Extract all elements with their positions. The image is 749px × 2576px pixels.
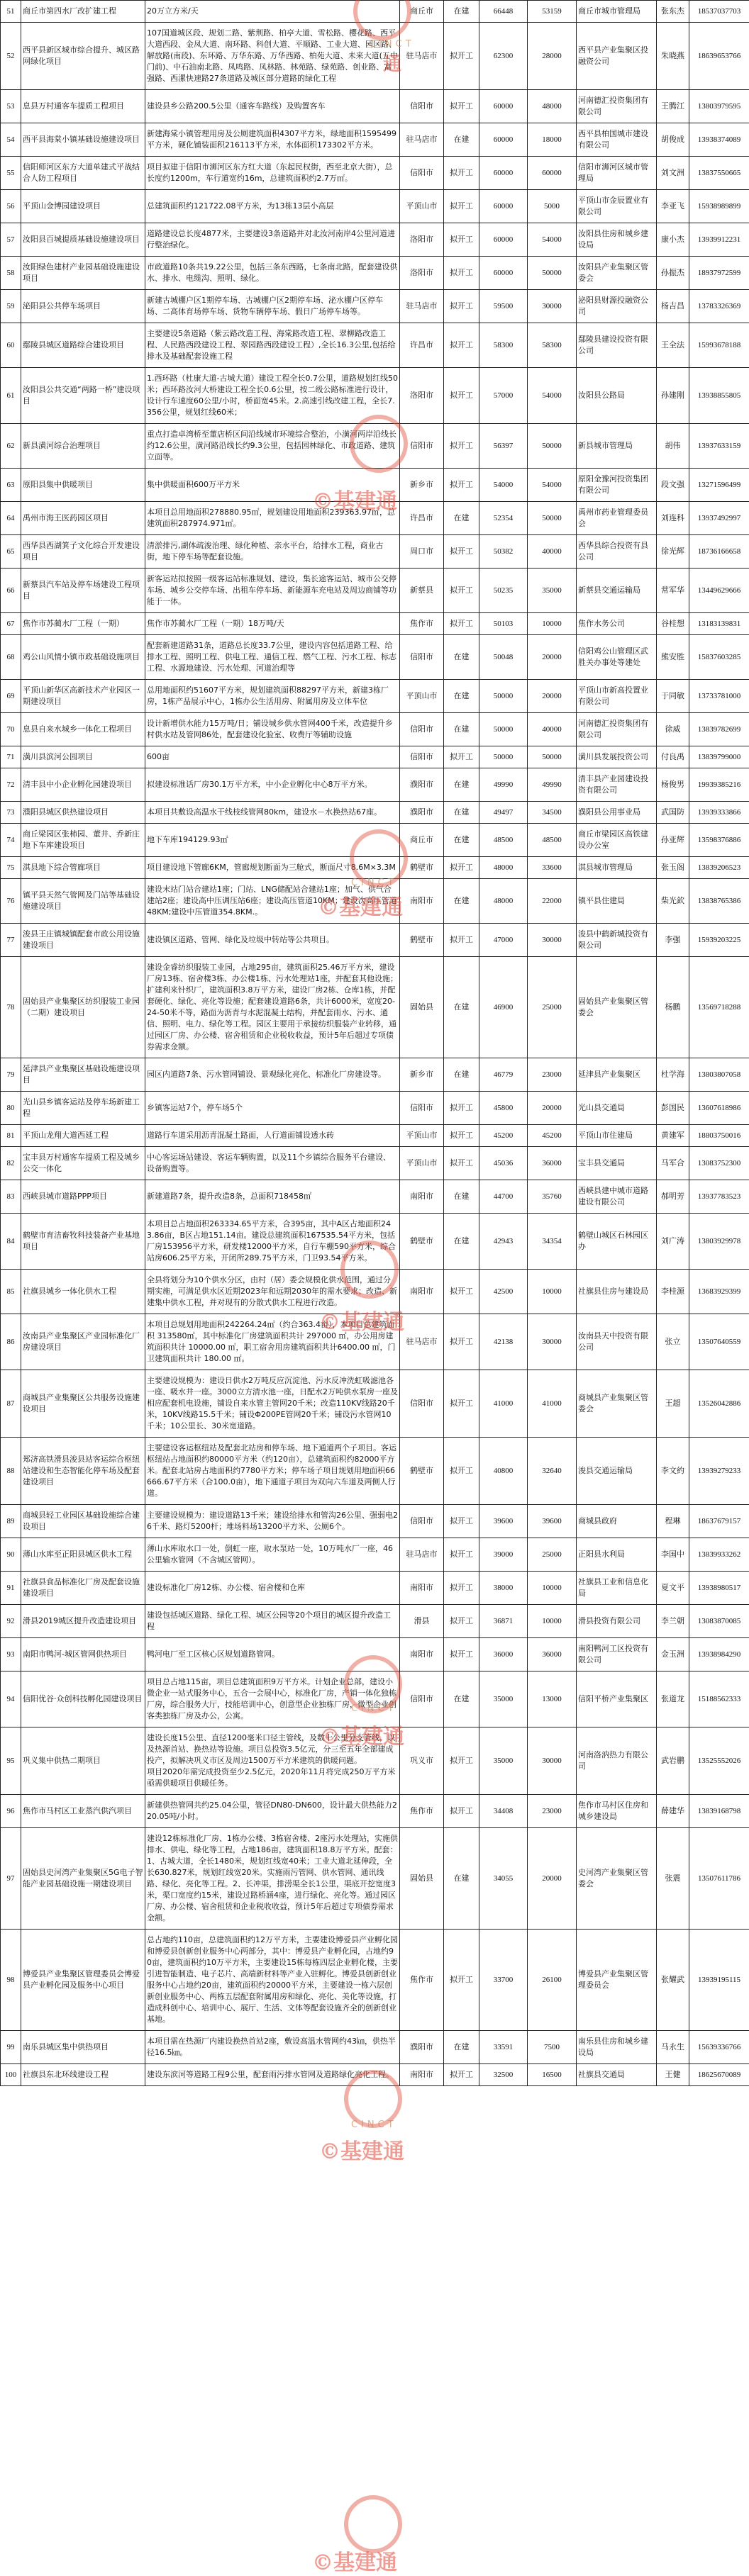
total-investment: 57000: [479, 368, 528, 424]
contact-phone: 13939195115: [689, 1930, 749, 2031]
project-owner: 濮阳县公用事业局: [577, 802, 657, 824]
total-investment: 40800: [479, 1438, 528, 1505]
planned-investment: 41000: [528, 1370, 577, 1438]
project-content: 清淤排污,湖体疏浚治理、绿化种植、亲水平台，给排水工程，商业古街，地下停车场等配…: [145, 535, 400, 569]
planned-investment: 60000: [528, 157, 577, 190]
project-name: 西华县西湖箕子文化综合开发建设项目: [21, 535, 145, 569]
project-status: 拟开工: [444, 1572, 479, 1605]
total-investment: 48000: [479, 857, 528, 879]
project-city: 焦作市: [400, 1930, 444, 2031]
project-owner: 滑县投资有限公司: [577, 1605, 657, 1638]
project-content: 主要建设规模为：建设日供水2万吨反应沉淀池、污水反冲洗虹吸滤池各一座、吸水井一座…: [145, 1370, 400, 1438]
project-owner: 淇县城市管理局: [577, 857, 657, 879]
total-investment: 32500: [479, 2064, 528, 2086]
contact-person: 夏文平: [657, 1572, 689, 1605]
project-content: 建设金睿纺织服装工业园，占地295亩，建筑面积25.46万平方米，建设厂房13栋…: [145, 957, 400, 1058]
project-content: 主要建设客运枢纽站及配套北站房和停车场、地下通道两个子项目。客运枢纽站占地面积约…: [145, 1438, 400, 1505]
project-city: 焦作市: [400, 613, 444, 635]
planned-investment: 40000: [528, 713, 577, 746]
planned-investment: 10000: [528, 1572, 577, 1605]
project-owner: 博爱县产业集聚区管理委员会: [577, 1930, 657, 2031]
project-city: 新乡市: [400, 469, 444, 502]
project-city: 濮阳市: [400, 2031, 444, 2064]
contact-person: 李桂源: [657, 1270, 689, 1314]
project-city: 信阳市: [400, 1092, 444, 1125]
project-city: 新蔡县: [400, 569, 444, 613]
project-content: 焦作市苏蔺水厂工程（一期）18万吨/天: [145, 613, 400, 635]
project-city: 信阳市: [400, 90, 444, 123]
project-city: 驻马店市: [400, 290, 444, 323]
project-city: 信阳市: [400, 635, 444, 680]
project-city: 商丘市: [400, 824, 444, 857]
table-row: 56平顶山金博园建设项目总建筑面积约121722.08平方米，为13栋13层小高…: [1, 190, 749, 223]
project-owner: 平顶山市金辰置业有限公司: [577, 190, 657, 223]
project-content: 1.西环路（杜康大道-古城大道）建设工程全长0.7公里，道路规划红线50米；西环…: [145, 368, 400, 424]
project-owner: 宝丰县交通局: [577, 1147, 657, 1180]
planned-investment: 36000: [528, 1147, 577, 1180]
row-number: 77: [1, 924, 21, 957]
contact-person: 张东杰: [657, 1, 689, 23]
project-city: 驻马店市: [400, 1538, 444, 1572]
table-row: 90薄山水库至正阳县城区供水工程薄山水库取水口一处，倒虹一座，取水泵站一处，10…: [1, 1538, 749, 1572]
project-owner: 汝阳县住房和城乡建设局: [577, 223, 657, 257]
project-city: 信阳市: [400, 746, 444, 768]
contact-phone: 13839168798: [689, 1795, 749, 1828]
project-content: 主要建设规模为：建设道路13千米；建设给排水和管沟26公里、强弱电26千米、路灯…: [145, 1505, 400, 1538]
project-content: 本项目总规划用地面积242264.24㎡（约合363.4亩），本项目总建筑面积 …: [145, 1314, 400, 1370]
contact-phone: 18803750016: [689, 1125, 749, 1147]
project-city: 平顶山市: [400, 1125, 444, 1147]
project-owner: 河南德汇投资集团有限公司: [577, 713, 657, 746]
project-owner: 汝阳县产业集聚区管委会: [577, 257, 657, 290]
project-owner: 汝南县天中投资有限公司: [577, 1314, 657, 1370]
project-name: 信阳优谷·众创科技孵化园建设项目: [21, 1671, 145, 1727]
contact-person: 杨俊男: [657, 768, 689, 802]
project-status: 拟开工: [444, 1505, 479, 1538]
project-content: 本项目需在热源厂内建设换热首站2座，敷设高温水管网约43㎞，供热半径16.5㎞。: [145, 2031, 400, 2064]
total-investment: 49497: [479, 802, 528, 824]
project-owner: 信阳平桥产业集聚区: [577, 1671, 657, 1727]
total-investment: 54000: [479, 469, 528, 502]
project-status: 在建: [444, 123, 479, 157]
project-name: 巩义集中供热二期项目: [21, 1727, 145, 1795]
project-owner: 汝阳县公路局: [577, 368, 657, 424]
project-name: 濮阳县城区供热建设项目: [21, 802, 145, 824]
planned-investment: 18000: [528, 123, 577, 157]
project-status: 拟开工: [444, 1438, 479, 1505]
project-owner: 河南德汇投资集团有限公司: [577, 90, 657, 123]
total-investment: 42138: [479, 1314, 528, 1370]
project-status: 拟开工: [444, 368, 479, 424]
contact-person: 于同敏: [657, 680, 689, 713]
total-investment: 39600: [479, 1505, 528, 1538]
project-city: 滑县: [400, 1605, 444, 1638]
total-investment: 44700: [479, 1180, 528, 1214]
contact-phone: 13083752300: [689, 1147, 749, 1180]
row-number: 97: [1, 1828, 21, 1930]
project-city: 南阳市: [400, 1572, 444, 1605]
project-content: 建设末站门站合建站1座；门站、LNG储配站合建站1座；加气、供气合建站2座；建设…: [145, 879, 400, 924]
project-owner: 商城县政府: [577, 1505, 657, 1538]
contact-phone: 13939279233: [689, 1438, 749, 1505]
contact-person: 段文强: [657, 469, 689, 502]
row-number: 82: [1, 1147, 21, 1180]
table-row: 57汝阳县百城提质基础设施建设项目道路建设总长度4877米，主要建设3条道路并对…: [1, 223, 749, 257]
project-name: 西平县海棠小镇基础设施建设项目: [21, 123, 145, 157]
planned-investment: 25000: [528, 1538, 577, 1572]
row-number: 65: [1, 535, 21, 569]
project-city: 驻马店市: [400, 1314, 444, 1370]
planned-investment: 10000: [528, 1270, 577, 1314]
project-name: 禹州市海王医药园区项目: [21, 502, 145, 535]
total-investment: 60000: [479, 90, 528, 123]
project-status: 拟开工: [444, 323, 479, 368]
table-row: 87商城县产业集聚区公共服务设施建设项目主要建设规模为：建设日供水2万吨反应沉淀…: [1, 1370, 749, 1438]
project-content: 建设长度15公里、直径1200毫米口径主管线，及数十公里分支管线，以及热源首站、…: [145, 1727, 400, 1795]
planned-investment: 13000: [528, 1671, 577, 1727]
table-row: 89商城县轻工业园区基础设施综合建设项目主要建设规模为：建设道路13千米；建设给…: [1, 1505, 749, 1538]
table-row: 88郑济高铁滑县浚县站客运综合枢纽站建设和生态智能化停车场及配套建设项目主要建设…: [1, 1438, 749, 1505]
row-number: 62: [1, 424, 21, 469]
planned-investment: 34354: [528, 1214, 577, 1270]
planned-investment: 54000: [528, 223, 577, 257]
project-owner: 新蔡县交通运输局: [577, 569, 657, 613]
contact-person: 孙振杰: [657, 257, 689, 290]
contact-person: 李国中: [657, 1538, 689, 1572]
total-investment: 50000: [479, 713, 528, 746]
contact-phone: 13938374089: [689, 123, 749, 157]
total-investment: 33591: [479, 2031, 528, 2064]
project-city: 洛阳市: [400, 223, 444, 257]
total-investment: 42500: [479, 1270, 528, 1314]
project-city: 信阳市: [400, 713, 444, 746]
project-status: 在建: [444, 824, 479, 857]
table-row: 64禹州市海王医药园区项目本项目总用地面积278880.95㎡，规划建设用地面积…: [1, 502, 749, 535]
project-name: 固始县产业集聚区纺织服装工业园（二期）建设项目: [21, 957, 145, 1058]
contact-person: 李兰朝: [657, 1605, 689, 1638]
project-owner: 鹤壁山城区石林园区办: [577, 1214, 657, 1270]
project-content: 项目总占地115亩，项目总建筑面积9万平方米。计划企业总部，建设小微企业一站式服…: [145, 1671, 400, 1727]
project-list-document: 51商丘市第四水厂改扩建工程20万立方米/天商丘市在建6644853159商丘市…: [0, 0, 749, 2086]
total-investment: 50000: [479, 680, 528, 713]
project-content: 建设包括城区道路、绿化工程、城区公园等20个项目的城区提升改造工程: [145, 1605, 400, 1638]
planned-investment: 58300: [528, 323, 577, 368]
total-investment: 66448: [479, 1, 528, 23]
project-status: 拟开工: [444, 1147, 479, 1180]
table-row: 93南阳市鸭河-城区管网供热项目鸭河电厂至工区核心区规划道路管网。南阳市拟开工3…: [1, 1638, 749, 1671]
project-content: 主要建设5条道路（紫云路改造工程、海棠路改造工程、翠柳路改造工程、人民路西段建设…: [145, 323, 400, 368]
contact-phone: 15993678188: [689, 323, 749, 368]
project-status: 拟开工: [444, 613, 479, 635]
project-name: 新蔡县汽车站及停车场建设工程项目: [21, 569, 145, 613]
contact-person: 常军华: [657, 569, 689, 613]
contact-person: 张耀武: [657, 1930, 689, 2031]
planned-investment: 26100: [528, 1930, 577, 2031]
project-content: 本项目共敷设高温水干线枝线管网80km，建设水－水换热站67座。: [145, 802, 400, 824]
row-number: 91: [1, 1572, 21, 1605]
table-row: 91社旗县食品标准化厂房及配套设施建设项目建设标准化厂房12栋、办公楼、宿舍楼和…: [1, 1572, 749, 1605]
project-owner: 社旗县住房与建设局: [577, 1270, 657, 1314]
table-row: 59泌阳县公共停车场项目新建古城棚户区1期停车场、古城棚户区2期停车场、泌水棚户…: [1, 290, 749, 323]
project-content: 600亩: [145, 746, 400, 768]
project-name: 镇平县天然气管网及门站等基础设施建设项目: [21, 879, 145, 924]
table-row: 72清丰县中小企业孵化园建设项目拟建设标准话厂房30.1万平方米，中小企业孵化中…: [1, 768, 749, 802]
project-owner: 光山县交通局: [577, 1092, 657, 1125]
row-number: 79: [1, 1058, 21, 1092]
total-investment: 35000: [479, 1671, 528, 1727]
project-name: 平顶山新华区高新技术产业园区一期建设项目: [21, 680, 145, 713]
table-row: 94信阳优谷·众创科技孵化园建设项目项目总占地115亩，项目总建筑面积9万平方米…: [1, 1671, 749, 1727]
row-number: 66: [1, 569, 21, 613]
contact-phone: 13939912231: [689, 223, 749, 257]
project-status: 在建: [444, 879, 479, 924]
row-number: 89: [1, 1505, 21, 1538]
project-content: 地下车库194129.93㎡: [145, 824, 400, 857]
row-number: 74: [1, 824, 21, 857]
contact-phone: 13839933262: [689, 1538, 749, 1572]
total-investment: 36000: [479, 1638, 528, 1671]
row-number: 52: [1, 23, 21, 90]
project-status: 拟开工: [444, 1727, 479, 1795]
project-city: 平顶山市: [400, 190, 444, 223]
project-name: 延津县产业集聚区基础设施建设项目: [21, 1058, 145, 1092]
planned-investment: 49990: [528, 768, 577, 802]
total-investment: 52354: [479, 502, 528, 535]
project-content: 全县将划分为10个供水分区，由村（居）委会规模化供水范围，通过分期实施，可满足供…: [145, 1270, 400, 1314]
project-owner: 河南洛汭热力有限公司: [577, 1727, 657, 1795]
project-name: 西平县新区城市综合提升、城区路网绿化项目: [21, 23, 145, 90]
contact-person: 武岩鹏: [657, 1727, 689, 1795]
project-status: 在建: [444, 957, 479, 1058]
project-status: 拟开工: [444, 1538, 479, 1572]
planned-investment: 39600: [528, 1505, 577, 1538]
project-city: 许昌市: [400, 323, 444, 368]
project-owner: 商丘市梁园区高铁建设办公室: [577, 824, 657, 857]
contact-person: 薛建华: [657, 1795, 689, 1828]
table-row: 84鹤壁市育洁畜牧科技装备产业基地项目本项目总占地面积263334.65平方米，…: [1, 1214, 749, 1270]
row-number: 72: [1, 768, 21, 802]
project-content: 项目拟建于信阳市浉河区东方红大道（东起民权街，西至北京大街），总长度约1200m…: [145, 157, 400, 190]
contact-person: 康小杰: [657, 223, 689, 257]
table-row: 66新蔡县汽车站及停车场建设工程项目新客运站拟按照一级客运站标准规划、建设，集长…: [1, 569, 749, 613]
project-owner: 平顶山市住建局: [577, 1125, 657, 1147]
project-content: 本项目总占地面积263334.65平方米，合395亩，其中A区占地面积243.8…: [145, 1214, 400, 1270]
row-number: 78: [1, 957, 21, 1058]
planned-investment: 50000: [528, 502, 577, 535]
contact-phone: 13783326369: [689, 290, 749, 323]
project-owner: 清丰县产业园建设投资有限公司: [577, 768, 657, 802]
total-investment: 50048: [479, 635, 528, 680]
project-city: 南阳市: [400, 1270, 444, 1314]
project-name: 浚县王庄镇城镇配套市政公用设施建设项目: [21, 924, 145, 957]
contact-person: 王超: [657, 1370, 689, 1438]
project-city: 信阳市: [400, 1505, 444, 1538]
total-investment: 48500: [479, 824, 528, 857]
project-status: 拟开工: [444, 569, 479, 613]
planned-investment: 30000: [528, 924, 577, 957]
project-status: 拟开工: [444, 1930, 479, 2031]
project-city: 鹤壁市: [400, 1438, 444, 1505]
planned-investment: 54000: [528, 469, 577, 502]
project-content: 本项目总用地面积278880.95㎡，规划建设用地面积239363.97㎡，总建…: [145, 502, 400, 535]
contact-phone: 15939203225: [689, 924, 749, 957]
contact-person: 郝明芳: [657, 1180, 689, 1214]
project-table-body: 51商丘市第四水厂改扩建工程20万立方米/天商丘市在建6644853159商丘市…: [1, 1, 749, 2086]
project-name: 泌阳县公共停车场项目: [21, 290, 145, 323]
table-row: 100社旗县东北环线建设工程建设东滨河等道路工程9公里，配套雨污排水管网及道路绿…: [1, 2064, 749, 2086]
planned-investment: 7500: [528, 2031, 577, 2064]
project-name: 淇县地下综合管廊项目: [21, 857, 145, 879]
total-investment: 62300: [479, 23, 528, 90]
table-row: 51商丘市第四水厂改扩建工程20万立方米/天商丘市在建6644853159商丘市…: [1, 1, 749, 23]
contact-phone: 13525552026: [689, 1727, 749, 1795]
contact-person: 张道龙: [657, 1671, 689, 1727]
project-content: 总占地约110亩，总建筑面积约12万平方米，主要建设博爱县产业孵化园和博爱县创新…: [145, 1930, 400, 2031]
project-content: 项目建设地下管廊6KM，管廊规划断面为三舱式，断面尺寸8.6M×3.3M: [145, 857, 400, 879]
project-name: 郑济高铁滑县浚县站客运综合枢纽站建设和生态智能化停车场及配套建设项目: [21, 1438, 145, 1505]
project-owner: 原阳金豫河投资集团有限公司: [577, 469, 657, 502]
contact-phone: 15639336766: [689, 2031, 749, 2064]
row-number: 73: [1, 802, 21, 824]
project-owner: 信阳鸡公山管理区武胜关办事处等建处: [577, 635, 657, 680]
row-number: 71: [1, 746, 21, 768]
project-name: 汝阳绿色建材产业园基础设施建设项目: [21, 257, 145, 290]
contact-person: 柴光欽: [657, 879, 689, 924]
total-investment: 42943: [479, 1214, 528, 1270]
contact-person: 付良禹: [657, 746, 689, 768]
contact-person: 金玉洲: [657, 1638, 689, 1671]
project-name: 商丘梁园区张柿园、董井、乔新庄地下车库建设项目: [21, 824, 145, 857]
project-status: 拟开工: [444, 1314, 479, 1370]
total-investment: 34055: [479, 1828, 528, 1930]
project-name: 社旗县东北环线建设工程: [21, 2064, 145, 2086]
planned-investment: 34500: [528, 802, 577, 824]
contact-phone: 13683929399: [689, 1270, 749, 1314]
planned-investment: 53159: [528, 1, 577, 23]
row-number: 58: [1, 257, 21, 290]
project-owner: 平顶山市新高投置业有限公司: [577, 680, 657, 713]
table-row: 70息县自来水城乡一体化工程项目设计新增供水能力15万吨/日；铺设城乡供水管网4…: [1, 713, 749, 746]
total-investment: 50103: [479, 613, 528, 635]
total-investment: 48000: [479, 879, 528, 924]
contact-phone: 13607618986: [689, 1092, 749, 1125]
total-investment: 60000: [479, 190, 528, 223]
contact-phone: 13938980517: [689, 1572, 749, 1605]
project-content: 建设县乡公路200.5公里（通客车路线）及购置客车: [145, 90, 400, 123]
planned-investment: 54000: [528, 368, 577, 424]
project-city: 洛阳市: [400, 368, 444, 424]
table-row: 55信阳师河区东方大道单建式平战结合人防工程项目项目拟建于信阳市浉河区东方红大道…: [1, 157, 749, 190]
watermark-logo-icon: [344, 2495, 402, 2553]
table-row: 52西平县新区城市综合提升、城区路网绿化项目107国道城区段、规划二路、紫荆路、…: [1, 23, 749, 90]
contact-person: 孙建刚: [657, 368, 689, 424]
project-content: 建设东滨河等道路工程9公里，配套雨污排水管网及道路绿化亮化工程。: [145, 2064, 400, 2086]
project-content: 拟建设标准话厂房30.1万平方米，中小企业孵化中心8万平方米。: [145, 768, 400, 802]
row-number: 68: [1, 635, 21, 680]
contact-person: 王腾江: [657, 90, 689, 123]
planned-investment: 35000: [528, 569, 577, 613]
project-city: 鹤壁市: [400, 1214, 444, 1270]
row-number: 70: [1, 713, 21, 746]
planned-investment: 16500: [528, 2064, 577, 2086]
project-city: 周口市: [400, 535, 444, 569]
project-name: 息县自来水城乡一体化工程项目: [21, 713, 145, 746]
project-content: 新建道路7条，提升改造8条，总面积718458㎡: [145, 1180, 400, 1214]
row-number: 93: [1, 1638, 21, 1671]
project-city: 鹤壁市: [400, 924, 444, 957]
project-content: 道路建设总长度4877米，主要建设3条道路并对北汝河南岸4公里河道进行整治绿化。: [145, 223, 400, 257]
row-number: 81: [1, 1125, 21, 1147]
row-number: 100: [1, 2064, 21, 2086]
total-investment: 50000: [479, 746, 528, 768]
project-owner: 延津县产业集聚区: [577, 1058, 657, 1092]
project-city: 信阳市: [400, 157, 444, 190]
planned-investment: 50000: [528, 746, 577, 768]
contact-person: 刘文洲: [657, 157, 689, 190]
contact-phone: 19939385216: [689, 768, 749, 802]
row-number: 75: [1, 857, 21, 879]
project-city: 平顶山市: [400, 1147, 444, 1180]
contact-phone: 13939333866: [689, 802, 749, 824]
project-name: 社旗县食品标准化厂房及配套设施建设项目: [21, 1572, 145, 1605]
project-city: 驻马店市: [400, 123, 444, 157]
project-status: 拟开工: [444, 2064, 479, 2086]
contact-phone: 18537037703: [689, 1, 749, 23]
project-content: 新建供热管网共约25.04公里，管径DN80-DN600，设计最大供热能力220…: [145, 1795, 400, 1828]
project-content: 建设镇区道路、管网、绿化及垃圾中转站等公共项目。: [145, 924, 400, 957]
planned-investment: 48000: [528, 90, 577, 123]
project-city: 洛阳市: [400, 257, 444, 290]
planned-investment: 48500: [528, 824, 577, 857]
planned-investment: 32640: [528, 1438, 577, 1505]
row-number: 85: [1, 1270, 21, 1314]
table-row: 96焦作市马村区工业蒸汽供汽项目新建供热管网共约25.04公里，管径DN80-D…: [1, 1795, 749, 1828]
planned-investment: 20000: [528, 1092, 577, 1125]
project-owner: 新县城市管理局: [577, 424, 657, 469]
planned-investment: 40000: [528, 535, 577, 569]
contact-phone: 13449629666: [689, 569, 749, 613]
total-investment: 34408: [479, 1795, 528, 1828]
contact-phone: 13183139831: [689, 613, 749, 635]
contact-person: 朱晓燕: [657, 23, 689, 90]
table-row: 68鸡公山风情小镇市政基础设施项目配套新建道路31条，道路总长度33.7公里，建…: [1, 635, 749, 680]
planned-investment: 30000: [528, 1314, 577, 1370]
project-name: 南阳市鸭河-城区管网供热项目: [21, 1638, 145, 1671]
total-investment: 39000: [479, 1538, 528, 1572]
contact-person: 杜学海: [657, 1058, 689, 1092]
total-investment: 38000: [479, 1572, 528, 1605]
planned-investment: 20000: [528, 1828, 577, 1930]
contact-person: 刘连科: [657, 502, 689, 535]
contact-phone: 15938989899: [689, 190, 749, 223]
project-content: 新建古城棚户区1期停车场、古城棚户区2期停车场、泌水棚户区停车场、二高体育场停车…: [145, 290, 400, 323]
project-name: 宝丰县万村通客车提质工程及城乡公交一体化: [21, 1147, 145, 1180]
project-content: 中心客运场站建设、客运车辆购置，以及11个乡镇综合服务平台建设、设备购置等。: [145, 1147, 400, 1180]
contact-person: 徐威: [657, 713, 689, 746]
table-row: 86汝南县产业集聚区产业园标准化厂房建设项目本项目总规划用地面积242264.2…: [1, 1314, 749, 1370]
project-name: 固始县史河湾产业集聚区5G电子智能产业园基础设施一期建设项目: [21, 1828, 145, 1930]
project-content: 鸭河电厂至工区核心区规划道路管网。: [145, 1638, 400, 1671]
table-row: 99南乐县城区集中供热项目本项目需在热源厂内建设换热首站2座，敷设高温水管网约4…: [1, 2031, 749, 2064]
contact-phone: 13803979595: [689, 90, 749, 123]
row-number: 87: [1, 1370, 21, 1438]
project-status: 在建: [444, 680, 479, 713]
watermark-brand: ©基建通: [312, 2545, 397, 2576]
row-number: 51: [1, 1, 21, 23]
project-city: 驻马店市: [400, 23, 444, 90]
project-content: 总用地面积约51607平方米，规划建筑面积88297平方米，新建3栋厂房，1栋产…: [145, 680, 400, 713]
contact-person: 杨吉昌: [657, 290, 689, 323]
